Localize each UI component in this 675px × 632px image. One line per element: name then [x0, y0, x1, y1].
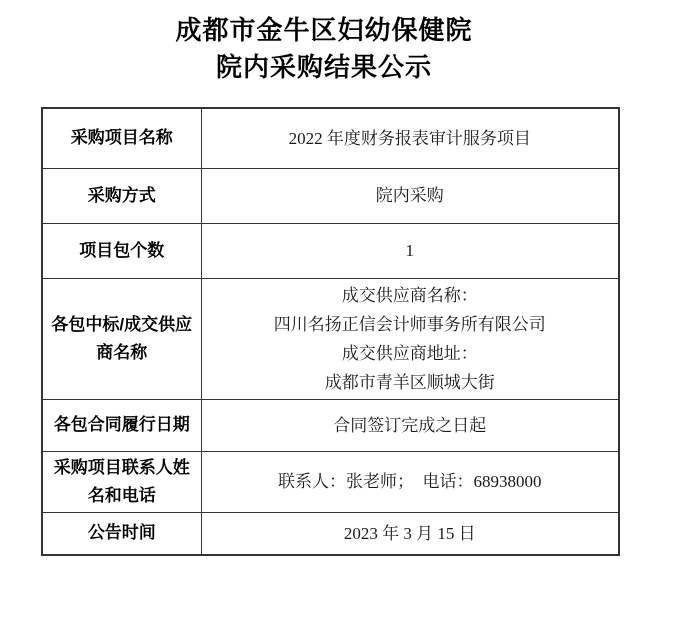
table-row-announcement-date: 公告时间 2023 年 3 月 15 日 [42, 512, 619, 555]
table-row-winning-supplier: 各包中标/成交供应商名称 成交供应商名称： 四川名扬正信会计师事务所有限公司 成… [42, 278, 619, 399]
announcement-page: 成都市金牛区妇幼保健院 院内采购结果公示 采购项目名称 2022 年度财务报表审… [0, 0, 675, 632]
table-row-contact-info: 采购项目联系人姓名和电话 联系人：张老师； 电话：68938000 [42, 451, 619, 512]
row-label: 采购项目名称 [42, 108, 201, 168]
row-value: 合同签订完成之日起 [201, 399, 619, 451]
row-value: 联系人：张老师； 电话：68938000 [201, 451, 619, 512]
table-row-procurement-method: 采购方式 院内采购 [42, 168, 619, 223]
row-label: 采购项目联系人姓名和电话 [42, 451, 201, 512]
row-label: 各包合同履行日期 [42, 399, 201, 451]
page-title: 成都市金牛区妇幼保健院 院内采购结果公示 [15, 12, 633, 86]
row-label: 项目包个数 [42, 223, 201, 278]
table-row-contract-period: 各包合同履行日期 合同签订完成之日起 [42, 399, 619, 451]
row-label: 采购方式 [42, 168, 201, 223]
row-value: 2023 年 3 月 15 日 [201, 512, 619, 555]
title-line-1: 成都市金牛区妇幼保健院 [15, 12, 633, 49]
row-value: 1 [201, 223, 619, 278]
row-label: 各包中标/成交供应商名称 [42, 278, 201, 399]
table-row-package-count: 项目包个数 1 [42, 223, 619, 278]
procurement-result-table: 采购项目名称 2022 年度财务报表审计服务项目 采购方式 院内采购 项目包个数… [41, 107, 620, 556]
row-value: 院内采购 [201, 168, 619, 223]
row-value: 成交供应商名称： 四川名扬正信会计师事务所有限公司 成交供应商地址： 成都市青羊… [201, 278, 619, 399]
table-row-project-name: 采购项目名称 2022 年度财务报表审计服务项目 [42, 108, 619, 168]
title-line-2: 院内采购结果公示 [15, 49, 633, 86]
row-label: 公告时间 [42, 512, 201, 555]
row-value: 2022 年度财务报表审计服务项目 [201, 108, 619, 168]
